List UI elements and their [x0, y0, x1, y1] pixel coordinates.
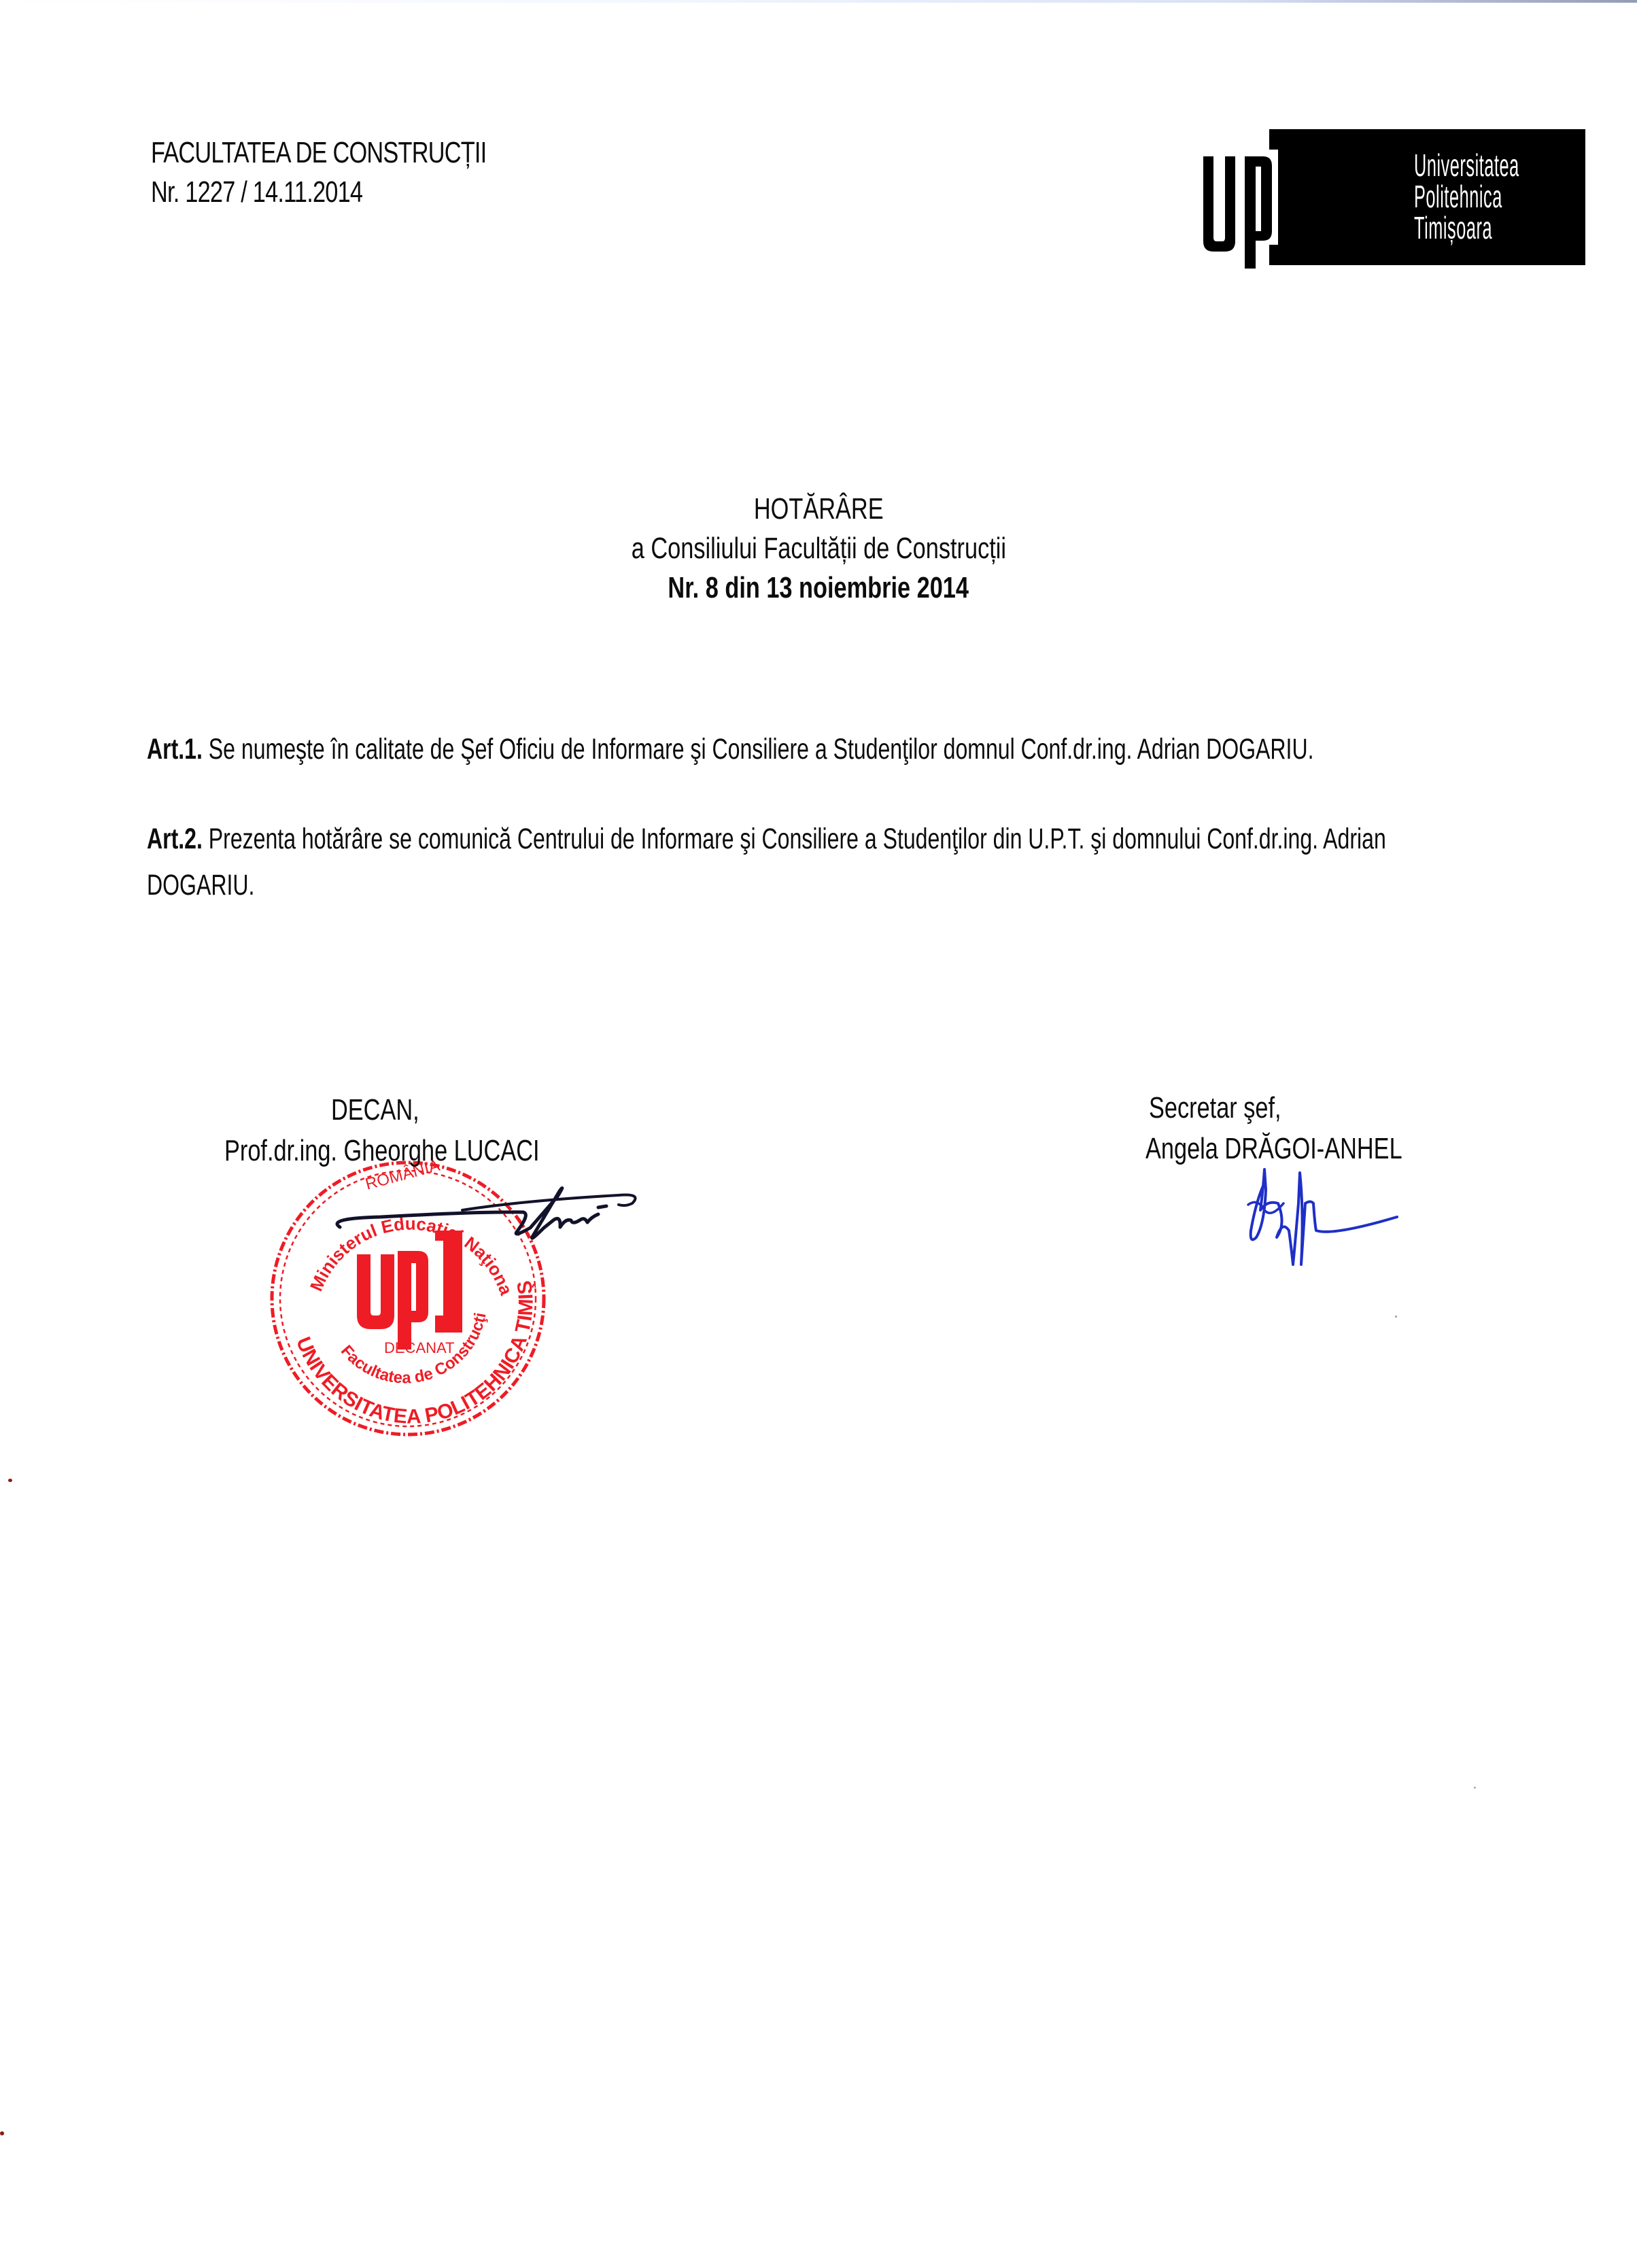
registration-number: Nr. 1227 / 14.11.2014 [151, 175, 362, 209]
article-1-text: Se numeşte în calitate de Şef Oficiu de … [209, 733, 1314, 766]
scan-speck [8, 1479, 12, 1482]
decision-subtitle: a Consiliului Facultății de Construcții [631, 529, 1005, 568]
logo-black-box: Universitatea Politehnica Timișoara [1278, 129, 1585, 265]
scan-speck [0, 2131, 4, 2135]
logo-wordmark: Universitatea Politehnica Timișoara [1414, 150, 1519, 243]
article-2-text-line-2: DOGARIU. [147, 869, 254, 901]
decision-number-date: Nr. 8 din 13 noiembrie 2014 [668, 568, 969, 608]
decision-title-block: HOTĂRÂRE a Consiliului Facultății de Con… [0, 489, 1637, 608]
secretary-name: Angela DRĂGOI-ANHEL [1145, 1132, 1402, 1166]
upt-mark-icon [1183, 129, 1278, 269]
dean-name: Prof.dr.ing. Gheorghe LUCACI [224, 1134, 540, 1168]
logo-line-2: Politehnica [1414, 181, 1519, 212]
scan-speck [1395, 1316, 1397, 1318]
secretary-role: Secretar şef, [1149, 1091, 1281, 1125]
article-1: Art.1. Se numeşte în calitate de Şef Ofi… [147, 726, 1637, 772]
logo-line-1: Universitatea [1414, 150, 1519, 181]
stamp-decanat-text: DECANAT [384, 1339, 455, 1356]
dean-signature-icon [299, 1169, 666, 1258]
scan-speck [1474, 1787, 1476, 1789]
logo-line-3: Timișoara [1414, 212, 1519, 243]
scan-edge-artifact [0, 0, 1637, 3]
faculty-name: FACULTATEA DE CONSTRUCȚII [151, 136, 486, 170]
article-2-label: Art.2. [147, 823, 203, 855]
decision-title: HOTĂRÂRE [754, 489, 884, 529]
article-2-text-line-1: Prezenta hotărâre se comunică Centrului … [209, 823, 1386, 855]
secretary-signature-icon [1244, 1163, 1407, 1278]
dean-role: DECAN, [331, 1093, 419, 1127]
article-1-label: Art.1. [147, 733, 203, 766]
upt-logo: Universitatea Politehnica Timișoara [1183, 129, 1591, 269]
article-2: Art.2. Prezenta hotărâre se comunică Cen… [147, 816, 1637, 908]
